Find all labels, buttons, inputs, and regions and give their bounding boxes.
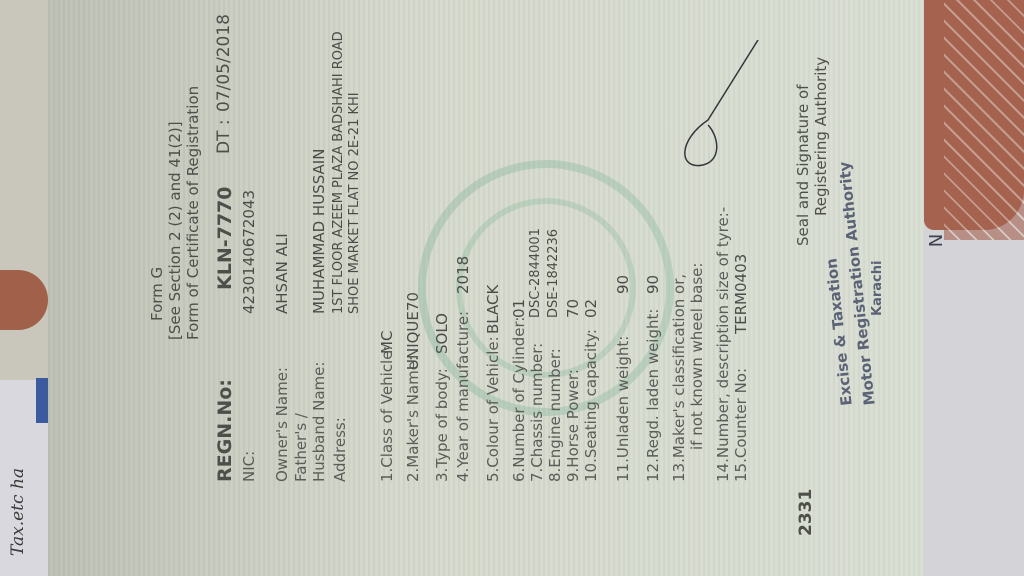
nic-value: 4230140672043: [240, 190, 258, 314]
item-value: SOLO: [433, 313, 451, 354]
nic-label: NIC:: [240, 451, 258, 482]
regn-label: REGN.No:: [214, 379, 236, 482]
address-label: Address:: [331, 417, 349, 482]
handwritten-letter: N: [926, 234, 947, 247]
item-value: MC: [378, 331, 396, 354]
handwriting-strip: Tax.etc ha: [0, 0, 48, 576]
item-label: 3.Type of body:: [433, 368, 451, 482]
item-label: if not known wheel base:: [688, 263, 706, 450]
regn-value: KLN-7770: [214, 187, 236, 291]
father-value: MUHAMMAD HUSSAIN: [310, 149, 328, 314]
date-label: DT :: [214, 119, 234, 154]
husband-label: Husband Name:: [310, 362, 328, 482]
item-label: 6.Number of Cylinder:: [510, 317, 528, 482]
background-right: N: [924, 0, 1024, 576]
item-value: 01: [510, 299, 528, 318]
item-label: 10.Seating capacity:: [582, 329, 600, 482]
seal-label: Seal and Signature of: [794, 85, 812, 246]
item-label: 4.Year of manufacture:: [454, 311, 472, 482]
fabric-texture: [944, 0, 1024, 240]
item-value: BLACK: [484, 285, 502, 334]
serial-number: 2331: [796, 489, 816, 536]
form-title: Form G: [148, 267, 166, 321]
owner-value: AHSAN ALI: [273, 233, 291, 314]
item-label: 12.Regd. laden weight:: [644, 309, 662, 482]
item-value: 90: [644, 275, 662, 294]
item-value: 2018: [454, 256, 472, 294]
address-line2: SHOE MARKET FLAT NO 2E-21 KHI: [347, 92, 362, 314]
item-label: 8.Engine number:: [546, 348, 564, 482]
item-value: 02: [582, 299, 600, 318]
item-value: DSE-1842236: [546, 229, 561, 318]
item-label: 14.Number, description size of tyre:-: [714, 207, 732, 482]
item-value: UNIQUE70: [404, 292, 422, 370]
stamp-line: Karachi: [870, 261, 885, 316]
item-label: 7.Chassis number:: [528, 343, 546, 482]
item-label: 1.Class of Vehicle:: [378, 346, 396, 482]
item-value: TERM0403: [732, 254, 750, 334]
item-label: 5.Colour of Vehicle:: [484, 336, 502, 482]
item-label: 13.Maker's classification or,: [670, 274, 688, 482]
item-value: 70: [564, 299, 582, 318]
date-value: 07/05/2018: [214, 14, 234, 112]
authority-label: Registering Authority: [812, 57, 830, 216]
item-label: 11.Unladen weight:: [614, 336, 632, 482]
document-text: Form G [See Section 2 (2) and 41(2)] For…: [48, 0, 924, 576]
handwriting: Tax.etc ha: [8, 468, 28, 556]
form-subtitle: Form of Certificate of Registration: [184, 86, 202, 340]
item-label: 15.Counter No:: [732, 368, 750, 482]
item-label: 2.Maker's Name:: [404, 356, 422, 482]
item-label: 9.Horse Power:: [564, 369, 582, 482]
form-section: [See Section 2 (2) and 41(2)]: [166, 121, 184, 340]
item-value: DSC-2844001: [528, 228, 543, 318]
item-value: 90: [614, 275, 632, 294]
father-label: Father's /: [292, 413, 310, 482]
address-line1: 1ST FLOOR AZEEM PLAZA BADSHAHI ROAD: [331, 31, 346, 314]
owner-label: Owner's Name:: [273, 367, 291, 482]
